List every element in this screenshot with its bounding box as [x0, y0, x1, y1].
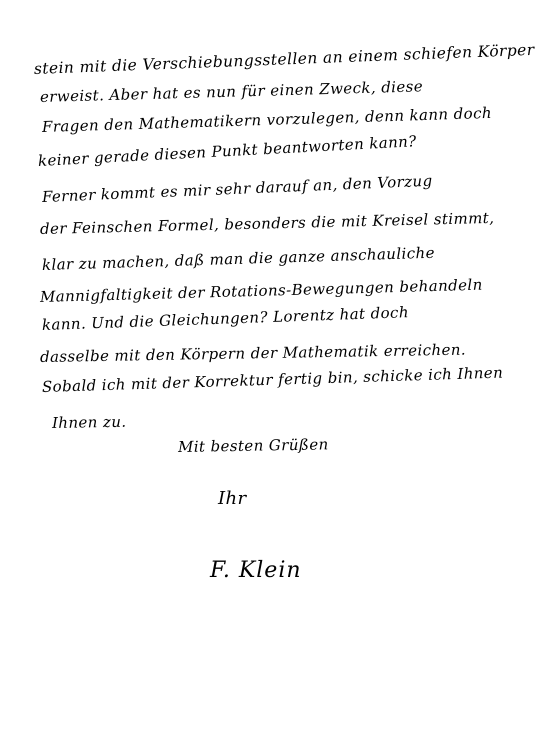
letter-line-7: klar zu machen, daß man die ganze anscha…: [42, 246, 435, 273]
letter-page: stein mit die Verschiebungsstellen an ei…: [0, 0, 560, 753]
letter-line-4: keiner gerade diesen Punkt beantworten k…: [38, 134, 417, 169]
letter-line-9: kann. Und die Gleichungen? Lorentz hat d…: [42, 305, 409, 333]
letter-line-11: Sobald ich mit der Korrektur fertig bin,…: [42, 366, 504, 395]
letter-line-5: Ferner kommt es mir sehr darauf an, den …: [42, 174, 433, 205]
letter-line-12: Ihnen zu.: [52, 415, 127, 431]
letter-signature: F. Klein: [210, 560, 302, 582]
letter-line-1: stein mit die Verschiebungsstellen an ei…: [34, 43, 535, 78]
letter-line-6: der Feinschen Formel, besonders die mit …: [40, 211, 495, 237]
letter-line-2: erweist. Aber hat es nun für einen Zweck…: [40, 79, 423, 105]
letter-line-3: Fragen den Mathematikern vorzulegen, den…: [42, 106, 492, 135]
letter-line-10: dasselbe mit den Körpern der Mathematik …: [40, 343, 466, 365]
letter-line-8: Mannigfaltigkeit der Rotations-Bewegunge…: [40, 278, 483, 305]
letter-closing-ihr: Ihr: [218, 490, 247, 508]
letter-closing: Mit besten Grüßen: [178, 437, 329, 455]
